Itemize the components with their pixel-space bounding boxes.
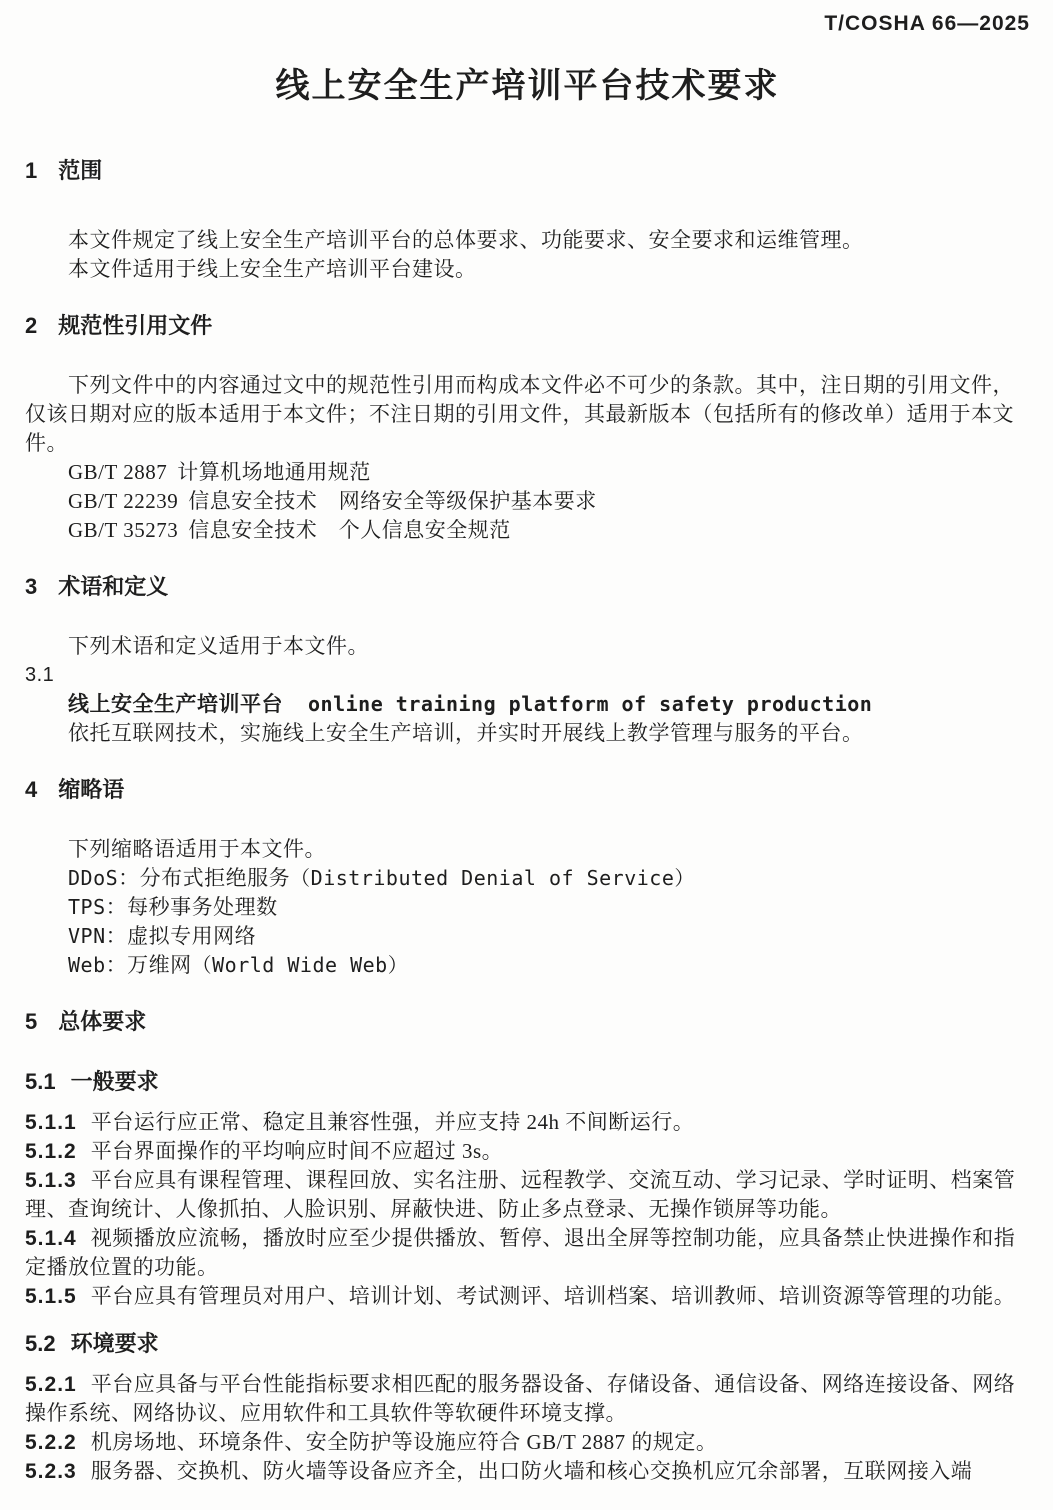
- clause-text: 平台界面操作的平均响应时间不应超过 3s。: [91, 1139, 503, 1163]
- paragraph: 下列术语和定义适用于本文件。: [25, 632, 1030, 661]
- standard-code: T/COSHA 66—2025: [25, 10, 1030, 38]
- clause-text: 平台应具备与平台性能指标要求相匹配的服务器设备、存储设备、通信设备、网络连接设备…: [25, 1372, 1015, 1425]
- abbreviation-code: TPS: [68, 895, 106, 919]
- heading-text: 一般要求: [71, 1069, 159, 1094]
- reference-code: GB/T 22239: [68, 489, 178, 513]
- clause-number: 5.1.5: [25, 1285, 77, 1308]
- document-page: T/COSHA 66—2025 线上安全生产培训平台技术要求 1范围本文件规定了…: [0, 0, 1053, 1510]
- heading-text: 缩略语: [58, 777, 124, 802]
- reference-title: 计算机场地通用规范: [177, 460, 371, 484]
- heading-text: 环境要求: [71, 1331, 159, 1356]
- heading-number: 4: [25, 775, 37, 805]
- heading-number: 2: [25, 311, 37, 341]
- subsection-heading: 5.1一般要求: [25, 1067, 1030, 1097]
- heading-text: 范围: [58, 158, 102, 183]
- abbreviation-item: DDoS：分布式拒绝服务（Distributed Denial of Servi…: [25, 864, 1030, 893]
- abbreviation-chinese: ：万维网: [106, 953, 192, 977]
- clause-number: 5.1.3: [25, 1169, 77, 1192]
- term-number: 3.1: [25, 661, 1030, 690]
- reference-item: GB/T 22239信息安全技术 网络安全等级保护基本要求: [25, 487, 1030, 516]
- clause-text: 平台应具有管理员对用户、培训计划、考试测评、培训档案、培训教师、培训资源等管理的…: [91, 1284, 1016, 1308]
- section-heading: 4缩略语: [25, 775, 1030, 805]
- heading-number: 3: [25, 572, 37, 602]
- reference-code: GB/T 35273: [68, 518, 178, 542]
- clause: 5.2.3服务器、交换机、防火墙等设备应齐全，出口防火墙和核心交换机应冗余部署，…: [25, 1457, 1030, 1486]
- section-heading: 2规范性引用文件: [25, 311, 1030, 341]
- clause: 5.1.5平台应具有管理员对用户、培训计划、考试测评、培训档案、培训教师、培训资…: [25, 1282, 1030, 1311]
- clause-number: 5.1.2: [25, 1140, 77, 1163]
- clause: 5.2.1平台应具备与平台性能指标要求相匹配的服务器设备、存储设备、通信设备、网…: [25, 1370, 1030, 1428]
- abbreviation-english: （Distributed Denial of Service）: [290, 866, 695, 890]
- paragraph: 本文件规定了线上安全生产培训平台的总体要求、功能要求、安全要求和运维管理。: [25, 226, 1030, 255]
- heading-text: 术语和定义: [58, 574, 168, 599]
- clause-number: 5.2.1: [25, 1373, 77, 1396]
- paragraph: 依托互联网技术，实施线上安全生产培训，并实时开展线上教学管理与服务的平台。: [25, 719, 1030, 748]
- abbreviation-english: （World Wide Web）: [192, 953, 409, 977]
- clause: 5.1.2平台界面操作的平均响应时间不应超过 3s。: [25, 1137, 1030, 1166]
- term-entry: 线上安全生产培训平台online training platform of sa…: [25, 690, 1030, 719]
- clause-number: 5.2.3: [25, 1460, 77, 1483]
- abbreviation-code: DDoS: [68, 866, 118, 890]
- clause: 5.1.3平台应具有课程管理、课程回放、实名注册、远程教学、交流互动、学习记录、…: [25, 1166, 1030, 1224]
- clause-number: 5.1.1: [25, 1111, 77, 1134]
- clause-number: 5.1.4: [25, 1227, 77, 1250]
- paragraph: 下列缩略语适用于本文件。: [25, 835, 1030, 864]
- clause-text: 视频播放应流畅，播放时应至少提供播放、暂停、退出全屏等控制功能，应具备禁止快进操…: [25, 1226, 1015, 1279]
- abbreviation-chinese: ：每秒事务处理数: [106, 895, 278, 919]
- abbreviation-code: Web: [68, 953, 106, 977]
- clause-text: 平台应具有课程管理、课程回放、实名注册、远程教学、交流互动、学习记录、学时证明、…: [25, 1168, 1015, 1221]
- heading-number: 5.2: [25, 1329, 56, 1359]
- abbreviation-item: Web：万维网（World Wide Web）: [25, 951, 1030, 980]
- paragraph: 本文件适用于线上安全生产培训平台建设。: [25, 255, 1030, 284]
- reference-code: GB/T 2887: [68, 460, 167, 484]
- subsection-heading: 5.2环境要求: [25, 1329, 1030, 1359]
- paragraph: 下列文件中的内容通过文中的规范性引用而构成本文件必不可少的条款。其中，注日期的引…: [25, 371, 1030, 458]
- clause-text: 服务器、交换机、防火墙等设备应齐全，出口防火墙和核心交换机应冗余部署，互联网接入…: [91, 1459, 973, 1483]
- heading-number: 1: [25, 156, 37, 186]
- clause: 5.1.1平台运行应正常、稳定且兼容性强，并应支持 24h 不间断运行。: [25, 1108, 1030, 1137]
- heading-text: 规范性引用文件: [58, 313, 212, 338]
- abbreviation-item: VPN：虚拟专用网络: [25, 922, 1030, 951]
- heading-number: 5: [25, 1007, 37, 1037]
- clause-number: 5.2.2: [25, 1431, 77, 1454]
- section-heading: 3术语和定义: [25, 572, 1030, 602]
- reference-title: 信息安全技术 网络安全等级保护基本要求: [188, 489, 597, 513]
- abbreviation-chinese: ：虚拟专用网络: [106, 924, 257, 948]
- document-title: 线上安全生产培训平台技术要求: [25, 66, 1030, 106]
- heading-text: 总体要求: [58, 1009, 146, 1034]
- abbreviation-code: VPN: [68, 924, 106, 948]
- reference-title: 信息安全技术 个人信息安全规范: [188, 518, 511, 542]
- section-heading: 5总体要求: [25, 1007, 1030, 1037]
- clause-text: 机房场地、环境条件、安全防护等设施应符合 GB/T 2887 的规定。: [91, 1430, 718, 1454]
- abbreviation-chinese: ：分布式拒绝服务: [118, 866, 290, 890]
- term-chinese: 线上安全生产培训平台: [68, 693, 283, 716]
- heading-number: 5.1: [25, 1067, 56, 1097]
- reference-item: GB/T 35273信息安全技术 个人信息安全规范: [25, 516, 1030, 545]
- abbreviation-item: TPS：每秒事务处理数: [25, 893, 1030, 922]
- clause: 5.2.2机房场地、环境条件、安全防护等设施应符合 GB/T 2887 的规定。: [25, 1428, 1030, 1457]
- clause: 5.1.4视频播放应流畅，播放时应至少提供播放、暂停、退出全屏等控制功能，应具备…: [25, 1224, 1030, 1282]
- document-body: 1范围本文件规定了线上安全生产培训平台的总体要求、功能要求、安全要求和运维管理。…: [25, 156, 1030, 1486]
- section-heading: 1范围: [25, 156, 1030, 186]
- term-english: online training platform of safety produ…: [308, 692, 872, 716]
- reference-item: GB/T 2887计算机场地通用规范: [25, 458, 1030, 487]
- clause-text: 平台运行应正常、稳定且兼容性强，并应支持 24h 不间断运行。: [91, 1110, 695, 1134]
